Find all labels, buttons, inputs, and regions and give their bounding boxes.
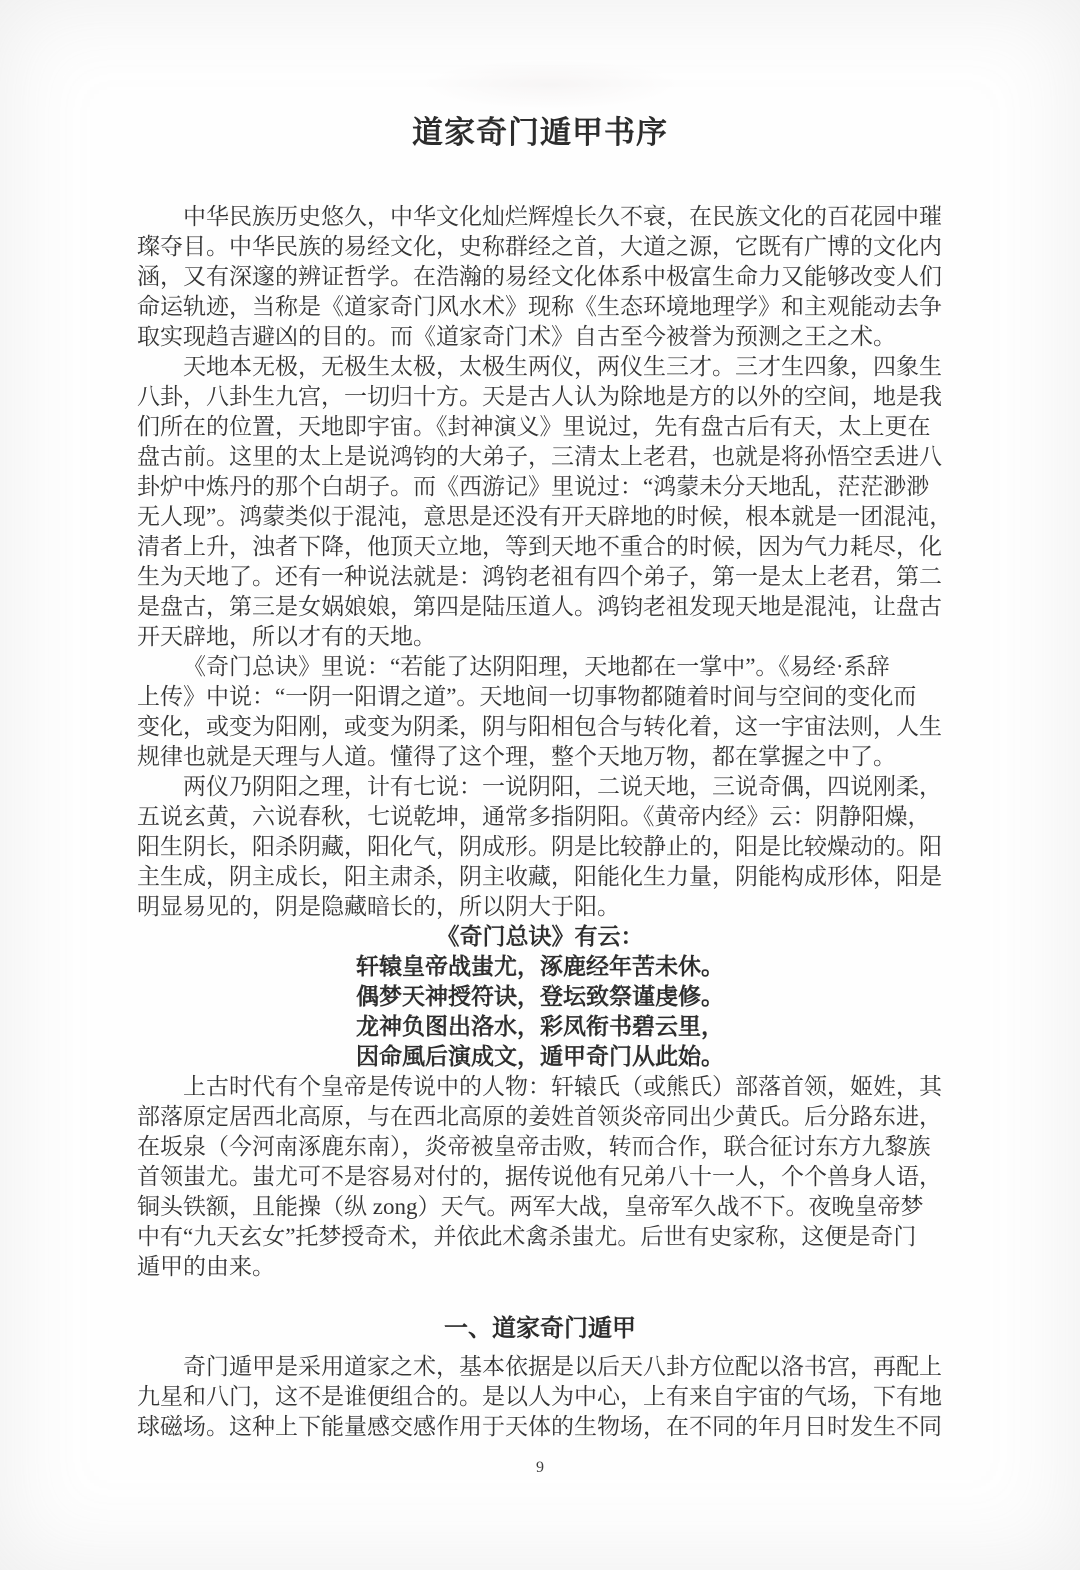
document-title: 道家奇门遁甲书序 — [0, 112, 1080, 154]
text-line: 两仪乃阴阳之理，计有七说：一说阴阳，二说天地，三说奇偶，四说刚柔， — [137, 772, 943, 802]
poem-caption: 《奇门总诀》有云： — [137, 922, 943, 952]
text-line: 开天辟地，所以才有的天地。 — [137, 622, 943, 652]
text-body: 中华民族历史悠久，中华文化灿烂辉煌长久不衰，在民族文化的百花园中璀璨夺目。中华民… — [137, 202, 943, 1442]
section-heading: 一、道家奇门遁甲 — [137, 1312, 943, 1346]
text-line: 主生成，阴主成长，阳主肃杀，阴主收藏，阳能化生力量，阴能构成形体，阳是 — [137, 862, 943, 892]
scan-ghosting-artifact — [420, 60, 680, 110]
text-line: 清者上升，浊者下降，他顶天立地，等到天地不重合的时候，因为气力耗尽，化 — [137, 532, 943, 562]
text-line: 上古时代有个皇帝是传说中的人物：轩辕氏（或熊氏）部落首领，姬姓，其 — [137, 1072, 943, 1102]
text-line: 偶梦天神授符诀，登坛致祭谨虔修。 — [137, 982, 943, 1012]
paragraph-wuji-taiji: 天地本无极，无极生太极，太极生两仪，两仪生三才。三才生四象，四象生八卦，八卦生九… — [137, 352, 943, 652]
text-line: 上传》中说：“一阴一阳谓之道”。天地间一切事物都随着时间与空间的变化而 — [137, 682, 943, 712]
scanned-document-page: 道家奇门遁甲书序 中华民族历史悠久，中华文化灿烂辉煌长久不衰，在民族文化的百花园… — [0, 0, 1080, 1570]
text-line: 明显易见的，阴是隐藏暗长的，所以阴大于阳。 — [137, 892, 943, 922]
paragraph-huangdi-chiyou: 上古时代有个皇帝是传说中的人物：轩辕氏（或熊氏）部落首领，姬姓，其部落原定居西北… — [137, 1072, 943, 1282]
page-number: 9 — [0, 1458, 1080, 1478]
text-line: 璨夺目。中华民族的易经文化，史称群经之首，大道之源，它既有广博的文化内 — [137, 232, 943, 262]
text-line: 生为天地了。还有一种说法就是：鸿钧老祖有四个弟子，第一是太上老君，第二 — [137, 562, 943, 592]
text-line: 是盘古，第三是女娲娘娘，第四是陆压道人。鸿钧老祖发现天地是混沌，让盘古 — [137, 592, 943, 622]
text-line: 八卦，八卦生九宫，一切归十方。天是古人认为除地是方的以外的空间，地是我 — [137, 382, 943, 412]
text-line: 取实现趋吉避凶的目的。而《道家奇门术》自古至今被誉为预测之王之术。 — [137, 322, 943, 352]
text-line: 《奇门总诀》里说：“若能了达阴阳理，天地都在一掌中”。《易经·系辞 — [137, 652, 943, 682]
text-line: 因命風后演成文，遁甲奇门从此始。 — [137, 1042, 943, 1072]
text-line: 们所在的位置，天地即宇宙。《封神演义》里说过，先有盘古后有天，太上更在 — [137, 412, 943, 442]
text-line: 龙神负图出洛水，彩凤衔书碧云里， — [137, 1012, 943, 1042]
text-line: 规律也就是天理与人道。懂得了这个理，整个天地万物，都在掌握之中了。 — [137, 742, 943, 772]
text-line: 在坂泉（今河南涿鹿东南），炎帝被皇帝击败，转而合作，联合征讨东方九黎族 — [137, 1132, 943, 1162]
text-line: 九星和八门，这不是谁便组合的。是以人为中心，上有来自宇宙的气场，下有地 — [137, 1382, 943, 1412]
text-line: 变化，或变为阳刚，或变为阴柔，阴与阳相包合与转化着，这一宇宙法则，人生 — [137, 712, 943, 742]
paragraph-intro: 中华民族历史悠久，中华文化灿烂辉煌长久不衰，在民族文化的百花园中璀璨夺目。中华民… — [137, 202, 943, 352]
text-line: 命运轨迹，当称是《道家奇门风水术》现称《生态环境地理学》和主观能动去争 — [137, 292, 943, 322]
text-line: 遁甲的由来。 — [137, 1252, 943, 1282]
text-line: 铜头铁额，且能操（纵 zong）天气。两军大战，皇帝军久战不下。夜晚皇帝梦 — [137, 1192, 943, 1222]
text-line: 无人现”。鸿蒙类似于混沌，意思是还没有开天辟地的时候，根本就是一团混沌， — [137, 502, 943, 532]
poem-block: 《奇门总诀》有云： 轩辕皇帝战蚩尤，涿鹿经年苦未休。偶梦天神授符诀，登坛致祭谨虔… — [137, 922, 943, 1072]
text-line: 五说玄黄，六说春秋，七说乾坤，通常多指阴阳。《黄帝内经》云：阴静阳燥， — [137, 802, 943, 832]
text-line: 盘古前。这里的太上是说鸿钧的大弟子，三清太上老君，也就是将孙悟空丢进八 — [137, 442, 943, 472]
text-line: 涵，又有深邃的辨证哲学。在浩瀚的易经文化体系中极富生命力又能够改变人们 — [137, 262, 943, 292]
text-line: 阳生阴长，阳杀阴藏，阳化气，阴成形。阴是比较静止的，阳是比较燥动的。阳 — [137, 832, 943, 862]
paragraph-daojia-qimen: 奇门遁甲是采用道家之术，基本依据是以后天八卦方位配以洛书宫，再配上九星和八门，这… — [137, 1352, 943, 1442]
text-line: 中有“九天玄女”托梦授奇术，并依此术禽杀蚩尤。后世有史家称，这便是奇门 — [137, 1222, 943, 1252]
text-line: 中华民族历史悠久，中华文化灿烂辉煌长久不衰，在民族文化的百花园中璀 — [137, 202, 943, 232]
text-line: 球磁场。这种上下能量感交感作用于天体的生物场，在不同的年月日时发生不同 — [137, 1412, 943, 1442]
text-line: 首领蚩尤。蚩尤可不是容易对付的，据传说他有兄弟八十一人，个个兽身人语， — [137, 1162, 943, 1192]
paragraph-qimen-zongjue: 《奇门总诀》里说：“若能了达阴阳理，天地都在一掌中”。《易经·系辞上传》中说：“… — [137, 652, 943, 772]
text-line: 部落原定居西北高原，与在西北高原的姜姓首领炎帝同出少黄氏。后分路东进， — [137, 1102, 943, 1132]
text-line: 卦炉中炼丹的那个白胡子。而《西游记》里说过：“鸿蒙未分天地乱，茫茫渺渺 — [137, 472, 943, 502]
paragraph-liangyi-yinyang: 两仪乃阴阳之理，计有七说：一说阴阳，二说天地，三说奇偶，四说刚柔，五说玄黄，六说… — [137, 772, 943, 922]
text-line: 轩辕皇帝战蚩尤，涿鹿经年苦未休。 — [137, 952, 943, 982]
text-line: 天地本无极，无极生太极，太极生两仪，两仪生三才。三才生四象，四象生 — [137, 352, 943, 382]
poem-verses: 轩辕皇帝战蚩尤，涿鹿经年苦未休。偶梦天神授符诀，登坛致祭谨虔修。龙神负图出洛水，… — [137, 952, 943, 1072]
text-line: 奇门遁甲是采用道家之术，基本依据是以后天八卦方位配以洛书宫，再配上 — [137, 1352, 943, 1382]
